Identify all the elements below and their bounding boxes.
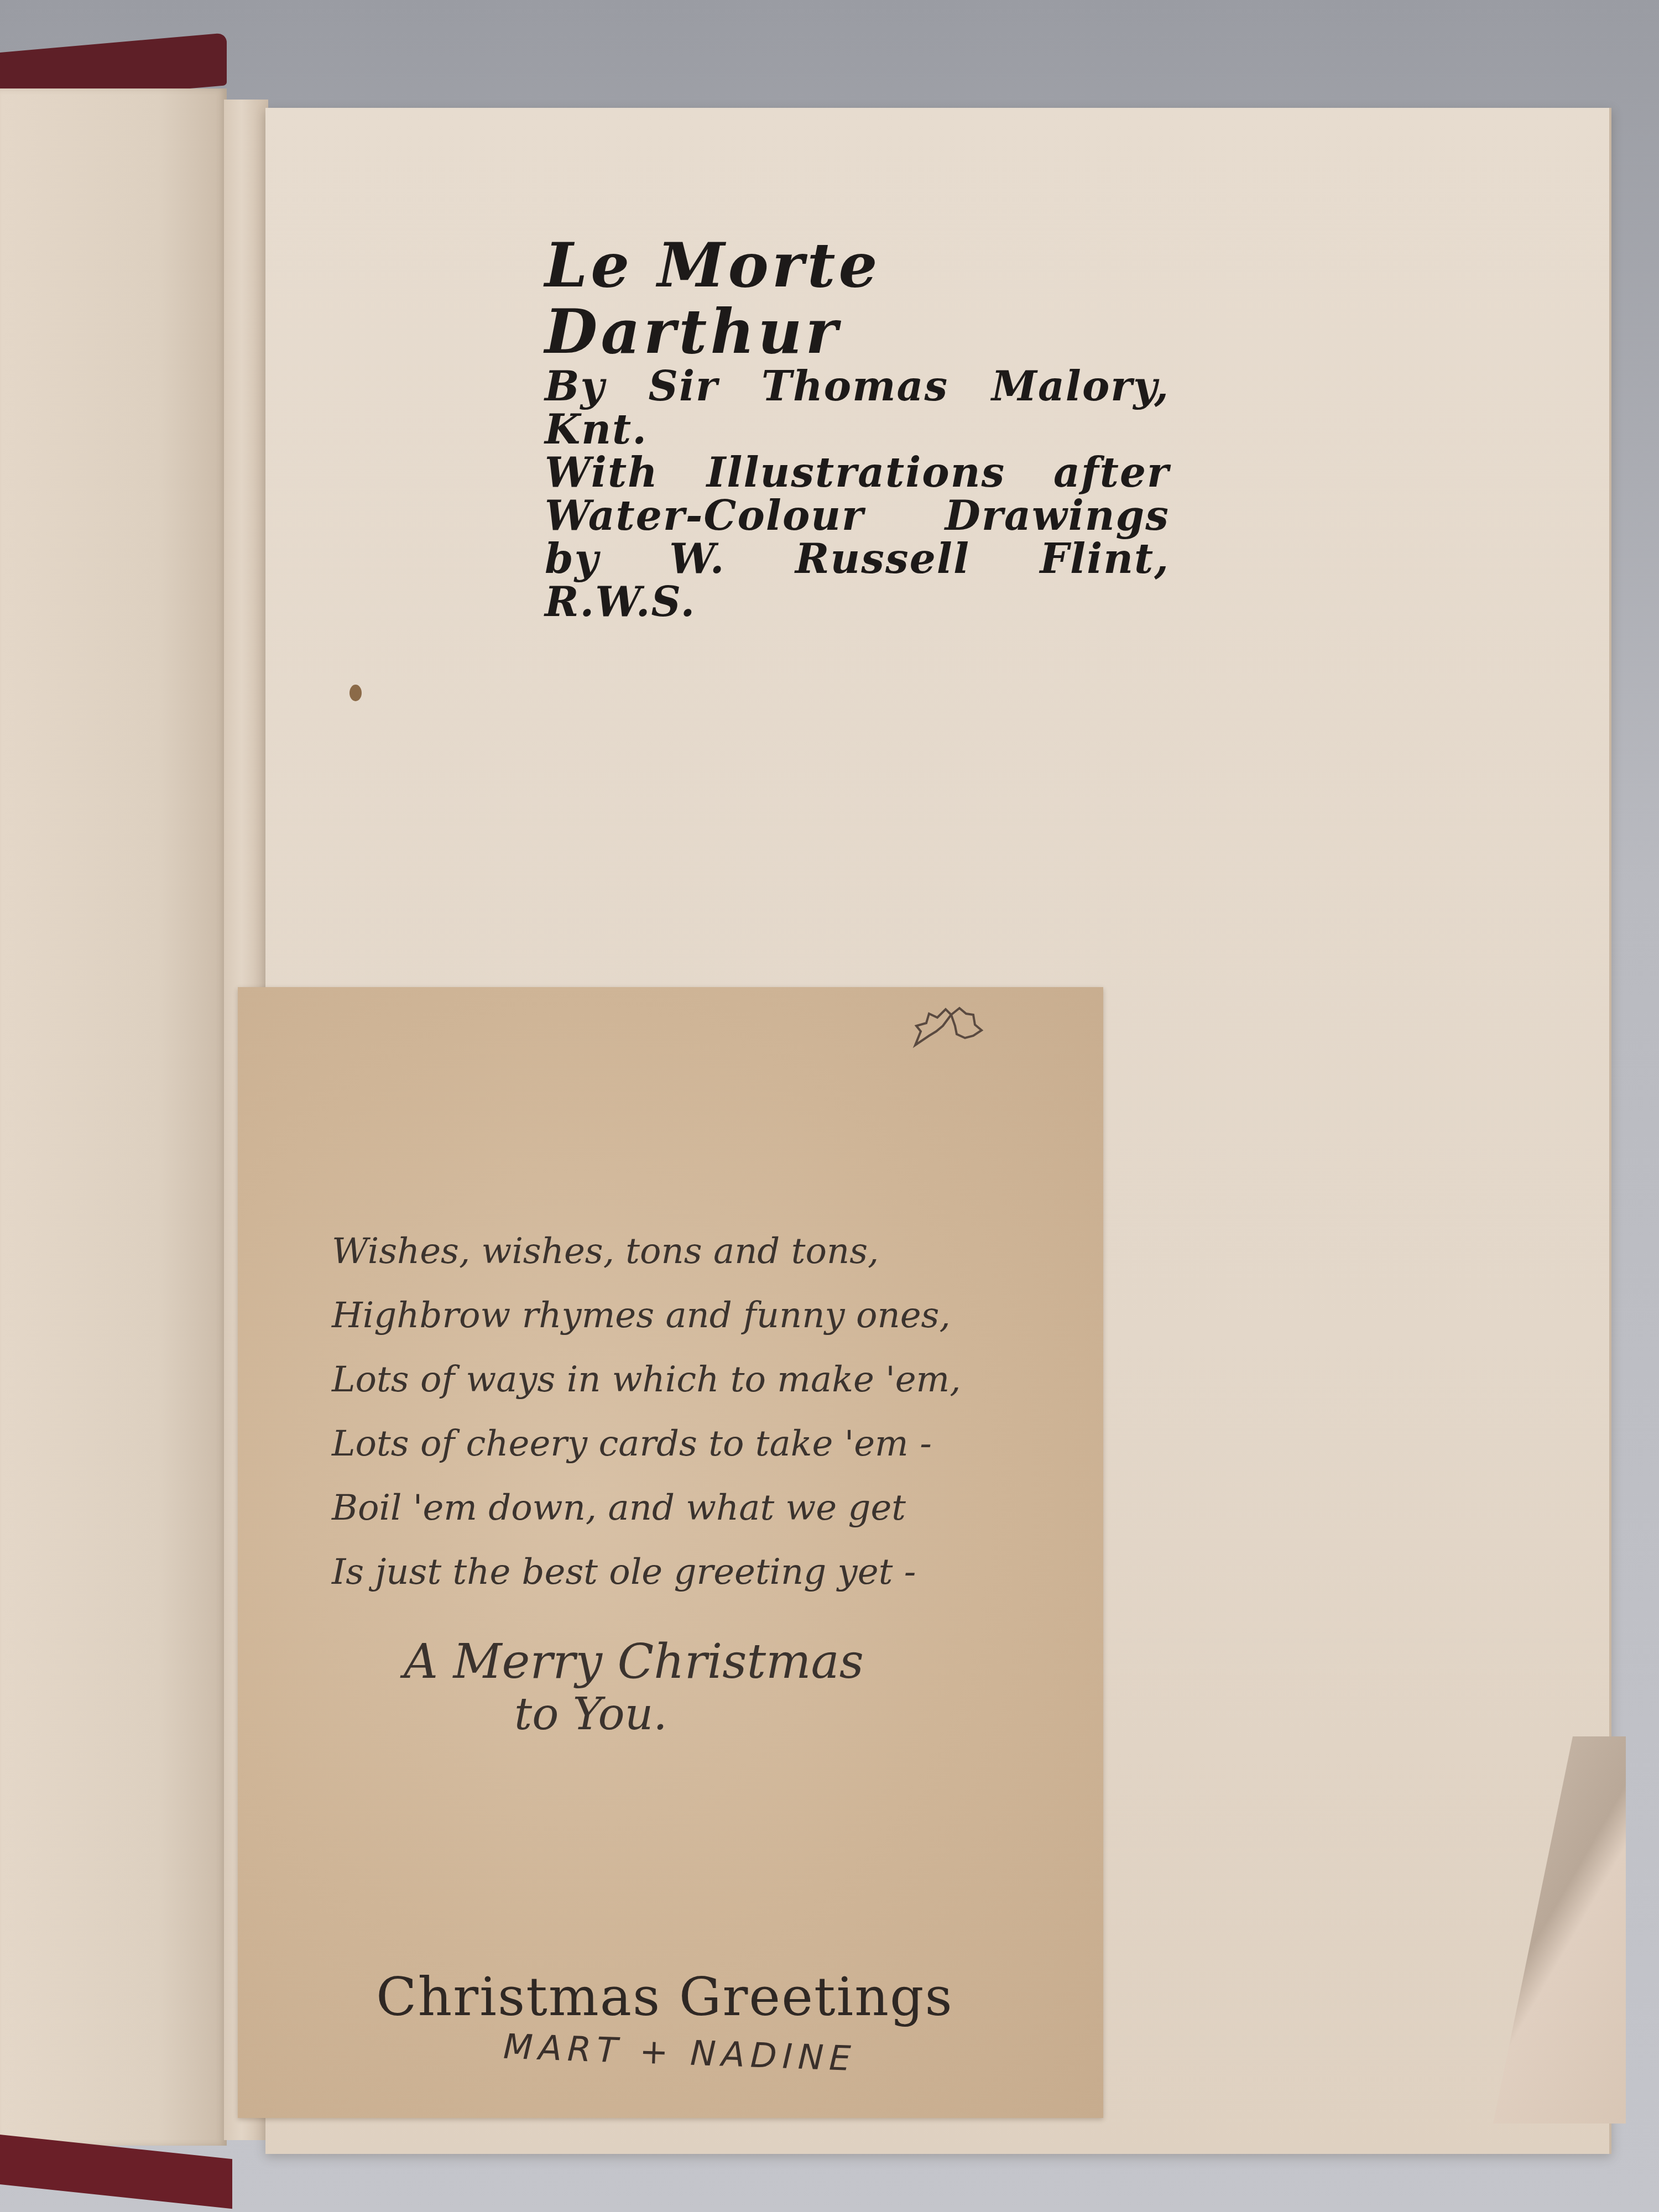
verse-line: Wishes, wishes, tons and tons, xyxy=(332,1219,1051,1284)
holly-icon xyxy=(904,993,993,1053)
card-greeting: Christmas Greetings xyxy=(376,1966,953,2028)
book-cover-bottom xyxy=(0,2135,232,2209)
foxing-spot xyxy=(349,685,362,701)
handwritten-signature: MART + NADINE xyxy=(503,2026,857,2079)
closing-line: A Merry Christmas xyxy=(404,1634,864,1689)
drawings-line: Water-Colour Drawings xyxy=(545,494,1170,538)
christmas-card: Wishes, wishes, tons and tons, Highbrow … xyxy=(238,987,1103,2118)
illustrations-line: With Illustrations after xyxy=(545,451,1170,494)
verse-line: Is just the best ole greeting yet - xyxy=(332,1540,1051,1604)
verse-line: Lots of ways in which to make 'em, xyxy=(332,1348,1051,1412)
closing-line: to You. xyxy=(404,1689,864,1739)
title-block: Le Morte Darthur By Sir Thomas Malory, K… xyxy=(545,232,1170,624)
author-line: By Sir Thomas Malory, Knt. xyxy=(545,365,1170,451)
left-page-stack xyxy=(0,88,227,2146)
book-title: Le Morte Darthur xyxy=(545,232,1170,365)
card-verse: Wishes, wishes, tons and tons, Highbrow … xyxy=(332,1219,1051,1604)
illustrator-line: by W. Russell Flint, R.W.S. xyxy=(545,538,1170,624)
verse-line: Boil 'em down, and what we get xyxy=(332,1476,1051,1540)
verse-line: Lots of cheery cards to take 'em - xyxy=(332,1412,1051,1476)
verse-line: Highbrow rhymes and funny ones, xyxy=(332,1284,1051,1348)
book-photo: Le Morte Darthur By Sir Thomas Malory, K… xyxy=(0,0,1659,2212)
card-closing: A Merry Christmas to You. xyxy=(404,1634,864,1739)
